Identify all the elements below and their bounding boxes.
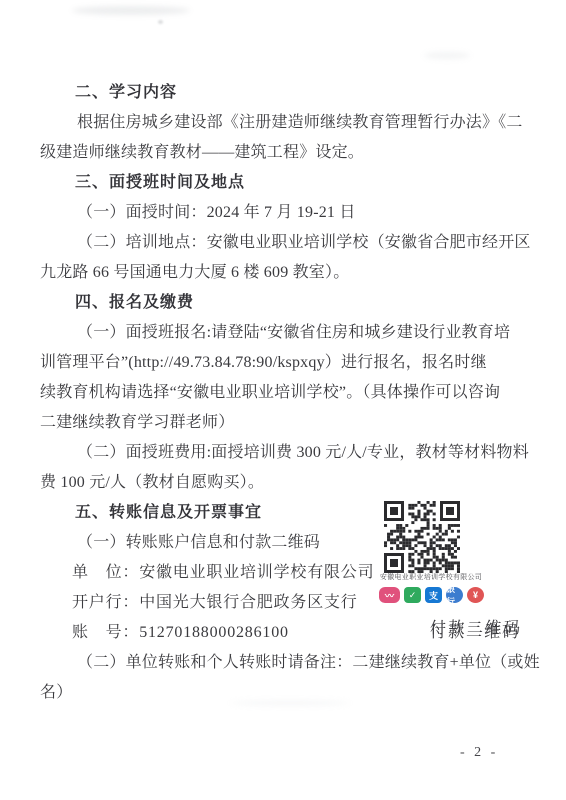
body-line-fees: （二）面授班费用:面授培训费 300 元/人/专业，教材等材料物料	[40, 438, 528, 468]
body-line: 九龙路 66 号国通电力大厦 6 楼 609 教室）。	[40, 258, 528, 288]
payment-qr-code	[384, 501, 524, 573]
body-line: 根据住房城乡建设部《注册建造师继续教育管理暂行办法》《二	[40, 108, 528, 138]
body-line: 二建继续教育学习群老师）	[40, 408, 528, 438]
scan-artifact	[72, 6, 190, 15]
document-body: 二、学习内容 根据住房城乡建设部《注册建造师继续教育管理暂行办法》《二 级建造师…	[40, 78, 528, 708]
body-line-transfer-note: （二）单位转账和个人转账时请备注：二建继续教育+单位（或姓	[40, 648, 528, 678]
alipay-icon: 支	[425, 587, 442, 603]
bank-pay-icon: 银行	[446, 587, 463, 603]
body-line: 名）	[40, 678, 528, 708]
section-heading-learning-content: 二、学习内容	[40, 78, 528, 108]
body-line: 费 100 元/人（教材自愿购买）。	[40, 468, 528, 498]
section-heading-class-time-location: 三、面授班时间及地点	[40, 168, 528, 198]
qr-caption: 安徽电业职业培训学校有限公司	[377, 573, 485, 582]
quickpass-pay-icon: 〰	[379, 587, 400, 603]
account-number-text: 账 号：51270188000286100	[72, 624, 289, 641]
scan-artifact	[158, 20, 163, 24]
payment-qr-block: 安徽电业职业培训学校有限公司 〰 ✓ 支 银行 ¥ 付款二维码	[384, 501, 524, 573]
body-line-training-location: （二）培训地点：安徽电业职业培训学校（安徽省合肥市经开区	[40, 228, 528, 258]
section-heading-registration-payment: 四、报名及缴费	[40, 288, 528, 318]
wechat-pay-icon: ✓	[404, 587, 421, 603]
body-line: 级建造师继续教育教材——建筑工程》设定。	[40, 138, 528, 168]
page-number: - 2 -	[460, 745, 498, 761]
document-page: 二、学习内容 根据住房城乡建设部《注册建造师继续教育管理暂行办法》《二 级建造师…	[0, 0, 566, 800]
payment-qr-code-label: 付款二维码	[430, 615, 523, 638]
body-line-class-time: （一）面授时间：2024 年 7 月 19-21 日	[40, 198, 528, 228]
payment-method-icons: 〰 ✓ 支 银行 ¥	[379, 587, 499, 603]
other-pay-icon: ¥	[467, 587, 484, 603]
scan-artifact	[424, 52, 470, 59]
body-line-registration-url: 训管理平台”(http://49.73.84.78:90/kspxqy）进行报名…	[40, 348, 528, 378]
body-line-registration: （一）面授班报名:请登陆“安徽省住房和城乡建设行业教育培	[40, 318, 528, 348]
body-line: 续教育机构请选择“安徽电业职业培训学校”。（具体操作可以咨询	[40, 378, 528, 408]
